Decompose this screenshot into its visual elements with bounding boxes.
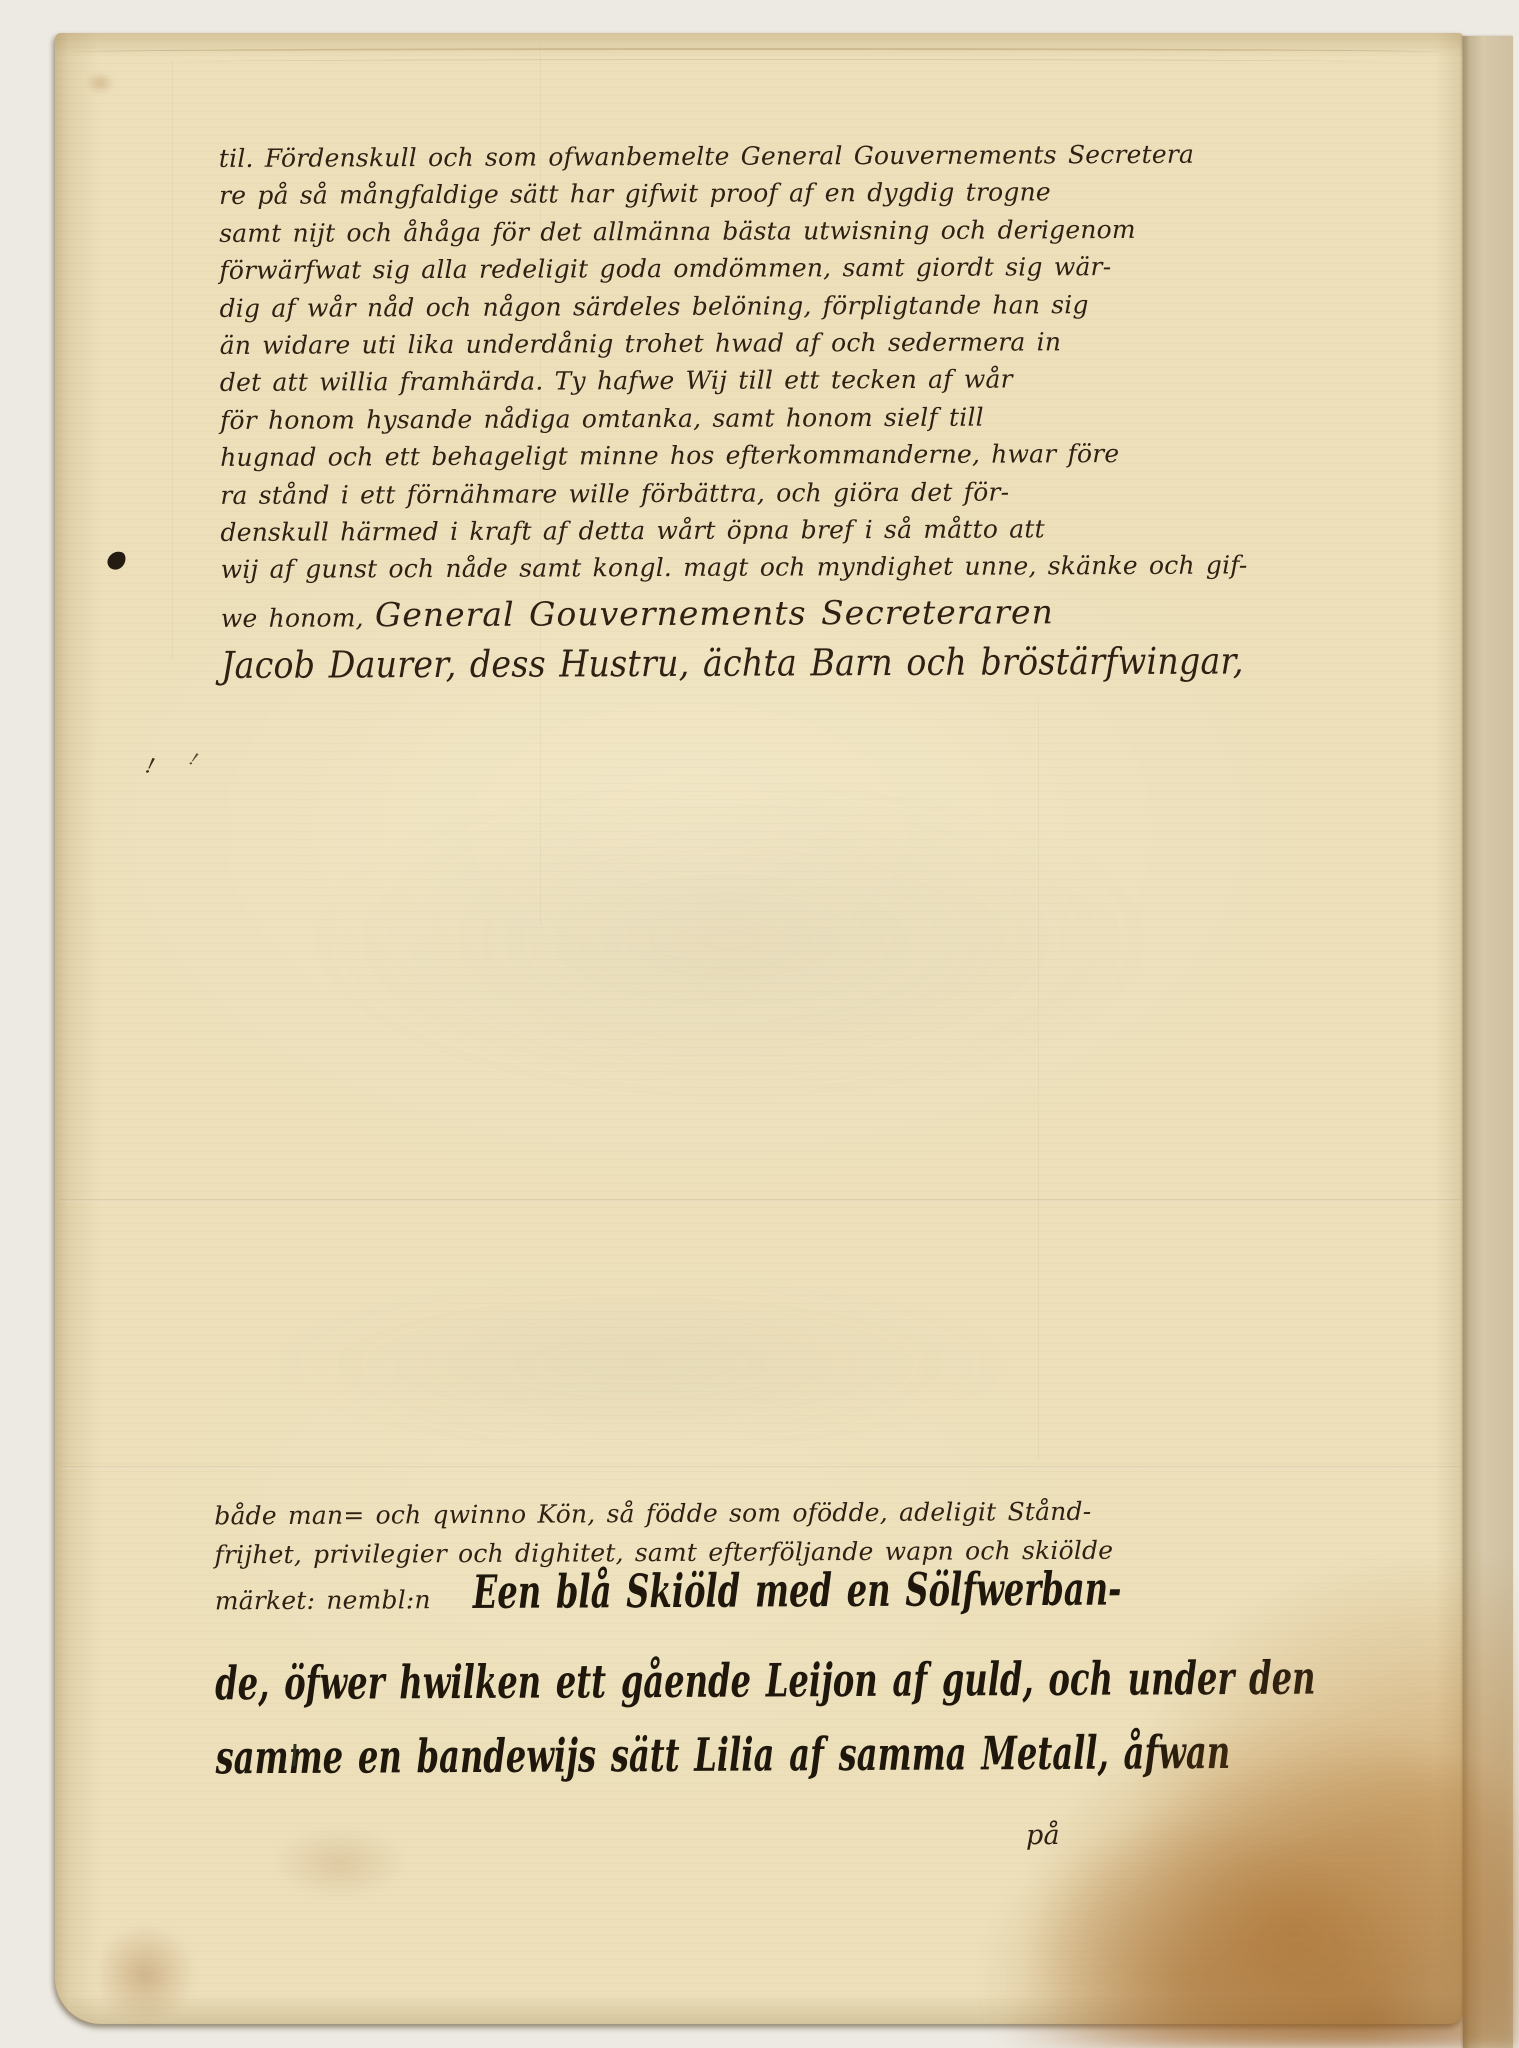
person-name-text: Jacob Daurer, bbox=[221, 643, 457, 687]
horizontal-fold-crease bbox=[60, 1199, 1460, 1202]
office-title-text: General Gouvernements Secreteraren bbox=[375, 592, 1054, 634]
horizontal-fold-crease bbox=[60, 1466, 1460, 1469]
text-line: än widare uti lika underdånig trohet hwa… bbox=[220, 323, 1104, 364]
small-stain bbox=[275, 1828, 405, 1898]
family-clause-text: dess Hustru, ächta Barn och bröstärfwing… bbox=[456, 639, 1243, 685]
name-intro-line: we honom, General Gouvernements Secreter… bbox=[221, 589, 1105, 642]
text-line: det att willia framhärda. Ty hafwe Wij t… bbox=[220, 361, 1104, 402]
large-water-stain bbox=[920, 1500, 1519, 2048]
heraldic-line: de, öfwer hwilken ett gående Leijon af g… bbox=[215, 1643, 845, 1720]
small-stain bbox=[95, 1925, 195, 2025]
text-line: för honom hysande nådiga omtanka, samt h… bbox=[220, 398, 1104, 439]
small-stain bbox=[86, 72, 114, 94]
text-line: märket: nembl:n bbox=[215, 1580, 431, 1620]
text-line: til. Fördenskull och som ofwanbemelte Ge… bbox=[219, 136, 1103, 177]
text-line: ra stånd i ett förnähmare wille förbättr… bbox=[220, 473, 1104, 514]
text-line: förwärfwat sig alla redeligit goda omdöm… bbox=[219, 248, 1103, 289]
top-fold-edge-line-2 bbox=[175, 59, 1385, 65]
text-line: hugnad och ett behageligt minne hos efte… bbox=[220, 435, 1104, 476]
vertical-paper-crease bbox=[172, 60, 174, 660]
scanned-manuscript: til. Fördenskull och som ofwanbemelte Ge… bbox=[0, 0, 1519, 2048]
main-text-block: til. Fördenskull och som ofwanbemelte Ge… bbox=[219, 136, 1105, 690]
vertical-paper-crease bbox=[1038, 700, 1040, 1460]
text-line: wij af gunst och nåde samt kongl. magt o… bbox=[221, 548, 1105, 589]
name-intro-text: we honom, bbox=[221, 603, 375, 633]
text-line: denskull härmed i kraft af detta wårt öp… bbox=[220, 510, 1104, 551]
text-line: re på så mångfaldige sätt har gifwit pro… bbox=[219, 173, 1103, 214]
text-line: samt nijt och åhåga för det allmänna bäs… bbox=[219, 211, 1103, 252]
name-line: Jacob Daurer, dess Hustru, ächta Barn oc… bbox=[221, 638, 1017, 689]
top-fold-edge-line bbox=[71, 48, 1439, 56]
text-line: dig af wår nåd och någon särdeles belöni… bbox=[219, 286, 1103, 327]
heraldic-line: samme en bandewijs sätt Lilia af samma M… bbox=[215, 1717, 845, 1794]
